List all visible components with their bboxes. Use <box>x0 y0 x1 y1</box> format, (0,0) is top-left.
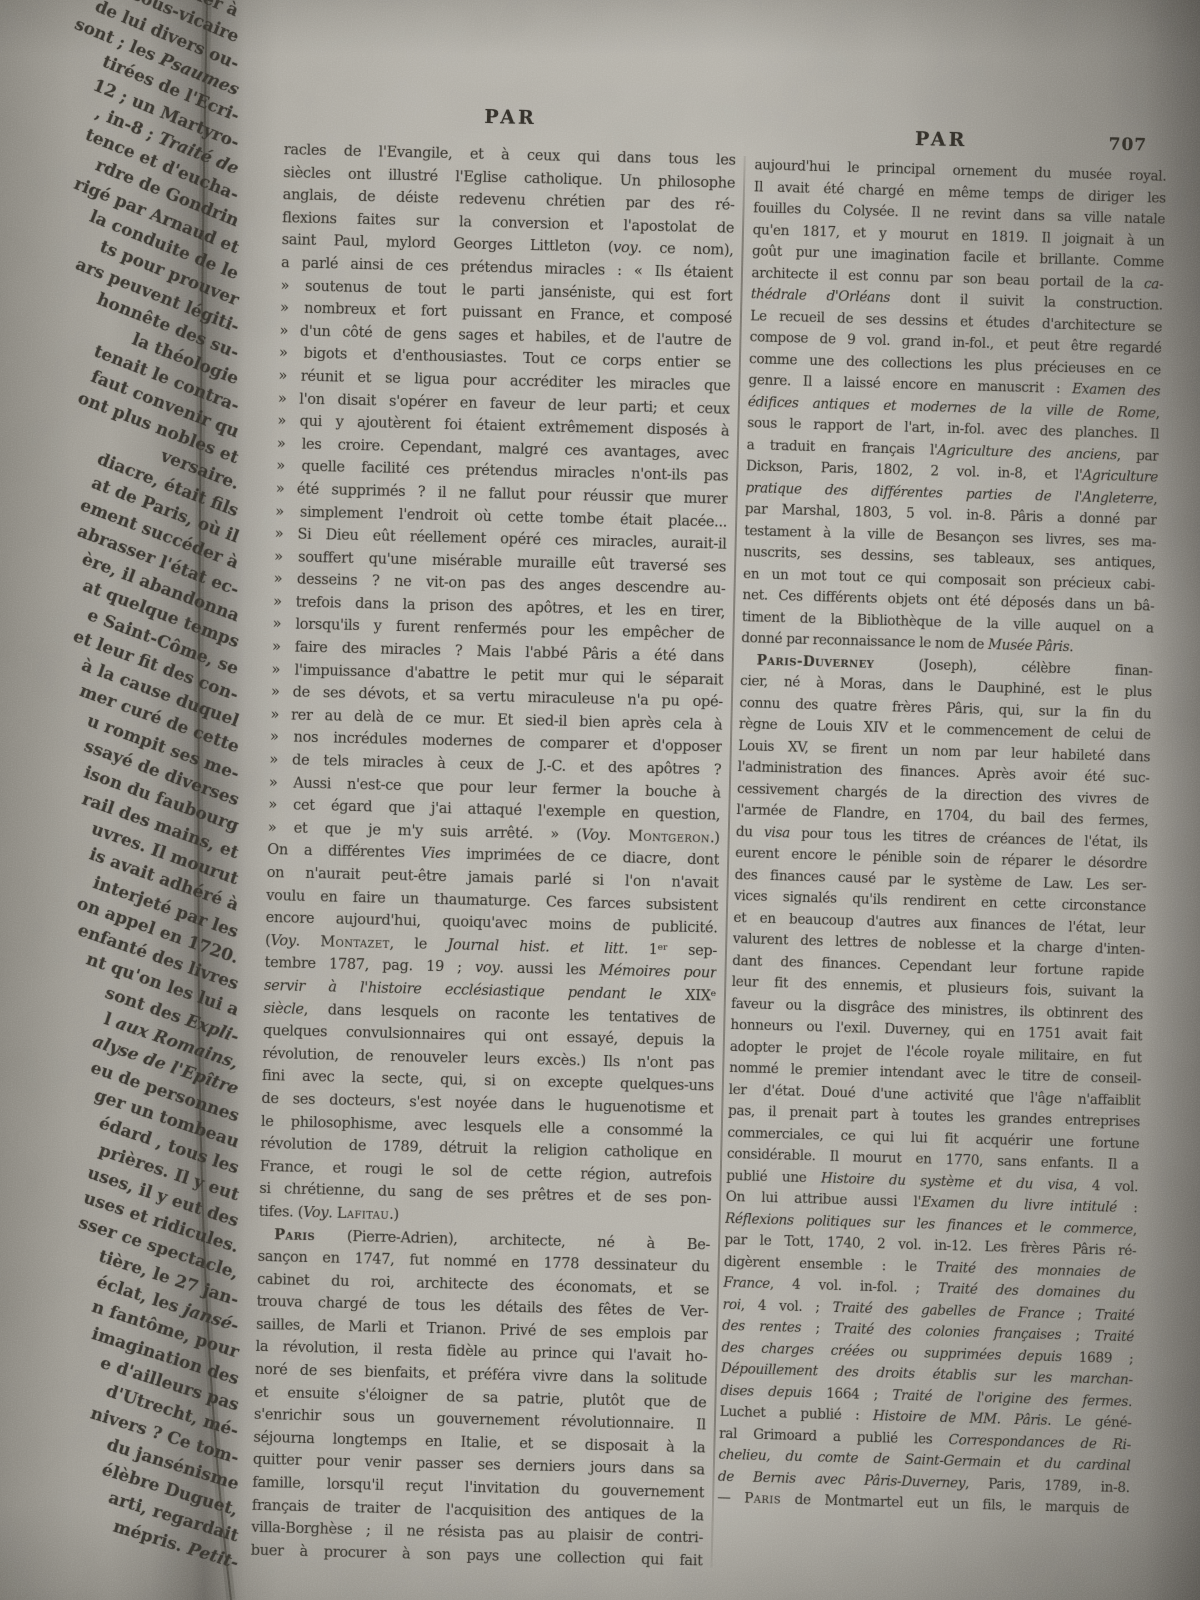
facing-page-gutter-text: et vint se fixer à1718 , sous-vicairede … <box>0 0 252 1600</box>
book-page: PAR PAR 707 racles de l'Evangile, et à c… <box>235 98 1188 160</box>
running-head-right: PAR <box>755 124 1127 155</box>
left-column: racles de l'Evangile, et à ceux qui dans… <box>251 139 736 1573</box>
page-number: 707 <box>1108 135 1147 156</box>
book-page-photo: et vint se fixer à1718 , sous-vicairede … <box>0 0 1200 1600</box>
running-head-left: PAR <box>284 101 736 134</box>
right-column: aujourd'hui le principal ornement du mus… <box>717 155 1167 1520</box>
